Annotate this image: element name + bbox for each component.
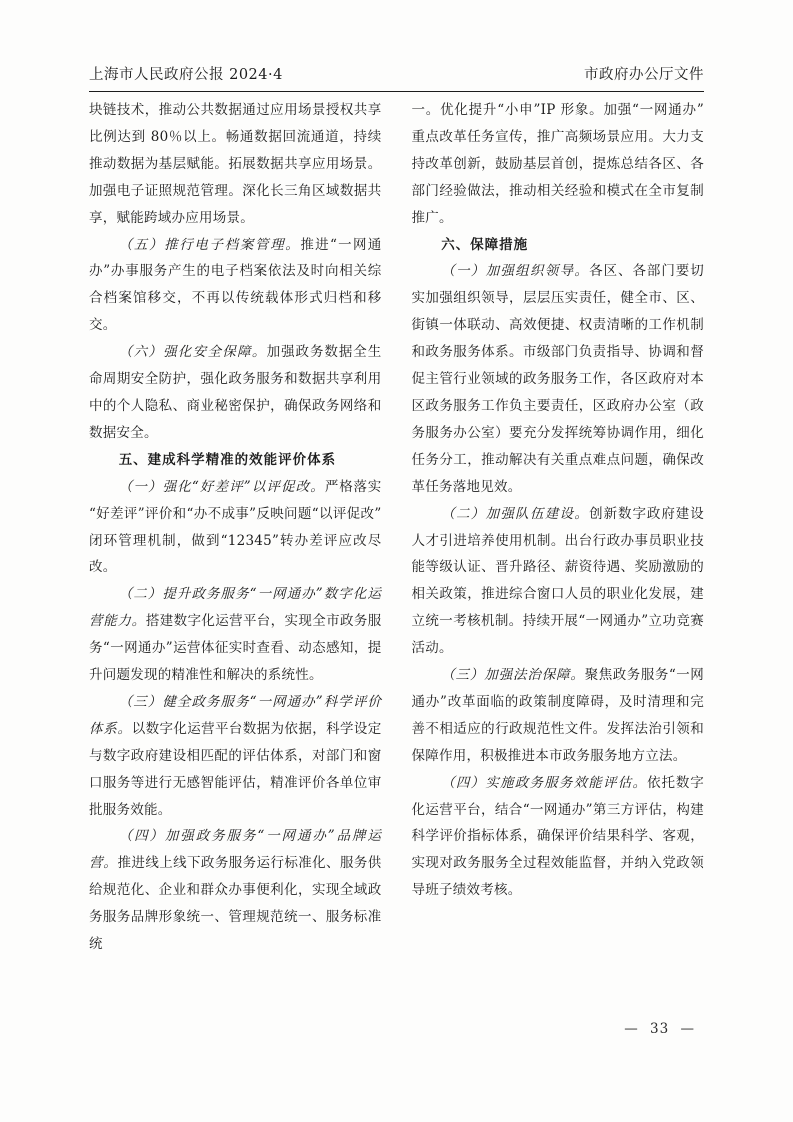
right-column: 一。优化提升“小申”IP 形象。加强“一网通办”重点改革任务宣传，推广高频场景应… xyxy=(412,97,705,958)
section-heading: 五、建成科学精准的效能评价体系 xyxy=(89,447,382,474)
header-rule xyxy=(89,91,704,92)
paragraph: 一。优化提升“小申”IP 形象。加强“一网通办”重点改革任务宣传，推广高频场景应… xyxy=(412,97,705,232)
paragraph: （四）加强政务服务“一网通办”品牌运营。推进线上线下政务服务运行标准化、服务供给… xyxy=(89,823,382,958)
paragraph: （五）推行电子档案管理。推进“一网通办”办事服务产生的电子档案依法及时向相关综合… xyxy=(89,232,382,340)
paragraph: （二）加强队伍建设。创新数字政府建设人才引进培养使用机制。出台行政办事员职业技能… xyxy=(412,501,705,662)
item-lead-heading: （二）提升政务服务“一网通办”数字化运营能力。 xyxy=(89,586,382,629)
item-lead-heading: （一）加强组织领导。 xyxy=(441,263,589,279)
paragraph: （一）强化“好差评”以评促改。严格落实“好差评”评价和“办不成事”反映问题“以评… xyxy=(89,474,382,582)
item-lead-heading: （一）强化“好差评”以评促改。 xyxy=(119,479,325,495)
page-header: 上海市人民政府公报 2024·4 市政府办公厅文件 xyxy=(89,63,704,84)
document-body: 块链技术，推动公共数据通过应用场景授权共享比例达到 80％以上。畅通数据回流通道… xyxy=(89,97,704,958)
item-lead-heading: （二）加强队伍建设。 xyxy=(441,506,589,522)
left-column: 块链技术，推动公共数据通过应用场景授权共享比例达到 80％以上。畅通数据回流通道… xyxy=(89,97,382,958)
paragraph: （四）实施政务服务效能评估。依托数字化运营平台，结合“一网通办”第三方评估，构建… xyxy=(412,770,705,905)
paragraph: （六）强化安全保障。加强政务数据全生命周期安全防护，强化政务服务和数据共享利用中… xyxy=(89,339,382,447)
paragraph: （三）加强法治保障。聚焦政务服务“一网通办”改革面临的政策制度障碍，及时清理和完… xyxy=(412,662,705,770)
item-lead-heading: （三）加强法治保障。 xyxy=(441,667,585,683)
item-lead-heading: （六）强化安全保障。 xyxy=(119,344,267,360)
page-footer: — 33 — xyxy=(624,1021,695,1037)
header-document-category: 市政府办公厅文件 xyxy=(584,63,704,84)
item-lead-heading: （三）健全政务服务“一网通办”科学评价体系。 xyxy=(89,694,382,737)
item-lead-heading: （四）实施政务服务效能评估。 xyxy=(441,775,647,791)
paragraph: （三）健全政务服务“一网通办”科学评价体系。以数字化运营平台数据为依据，科学设定… xyxy=(89,689,382,824)
gazette-page: 上海市人民政府公报 2024·4 市政府办公厅文件 块链技术，推动公共数据通过应… xyxy=(0,0,793,1122)
header-gazette-title: 上海市人民政府公报 2024·4 xyxy=(89,63,283,84)
paragraph: 块链技术，推动公共数据通过应用场景授权共享比例达到 80％以上。畅通数据回流通道… xyxy=(89,97,382,232)
paragraph: （二）提升政务服务“一网通办”数字化运营能力。搭建数字化运营平台，实现全市政务服… xyxy=(89,581,382,689)
paragraph: （一）加强组织领导。各区、各部门要切实加强组织领导，层层压实责任，健全市、区、街… xyxy=(412,258,705,500)
item-lead-heading: （四）加强政务服务“一网通办”品牌运营。 xyxy=(89,828,382,871)
section-heading: 六、保障措施 xyxy=(412,232,705,259)
page-number: — 33 — xyxy=(624,1021,695,1037)
item-lead-heading: （五）推行电子档案管理。 xyxy=(119,237,301,253)
